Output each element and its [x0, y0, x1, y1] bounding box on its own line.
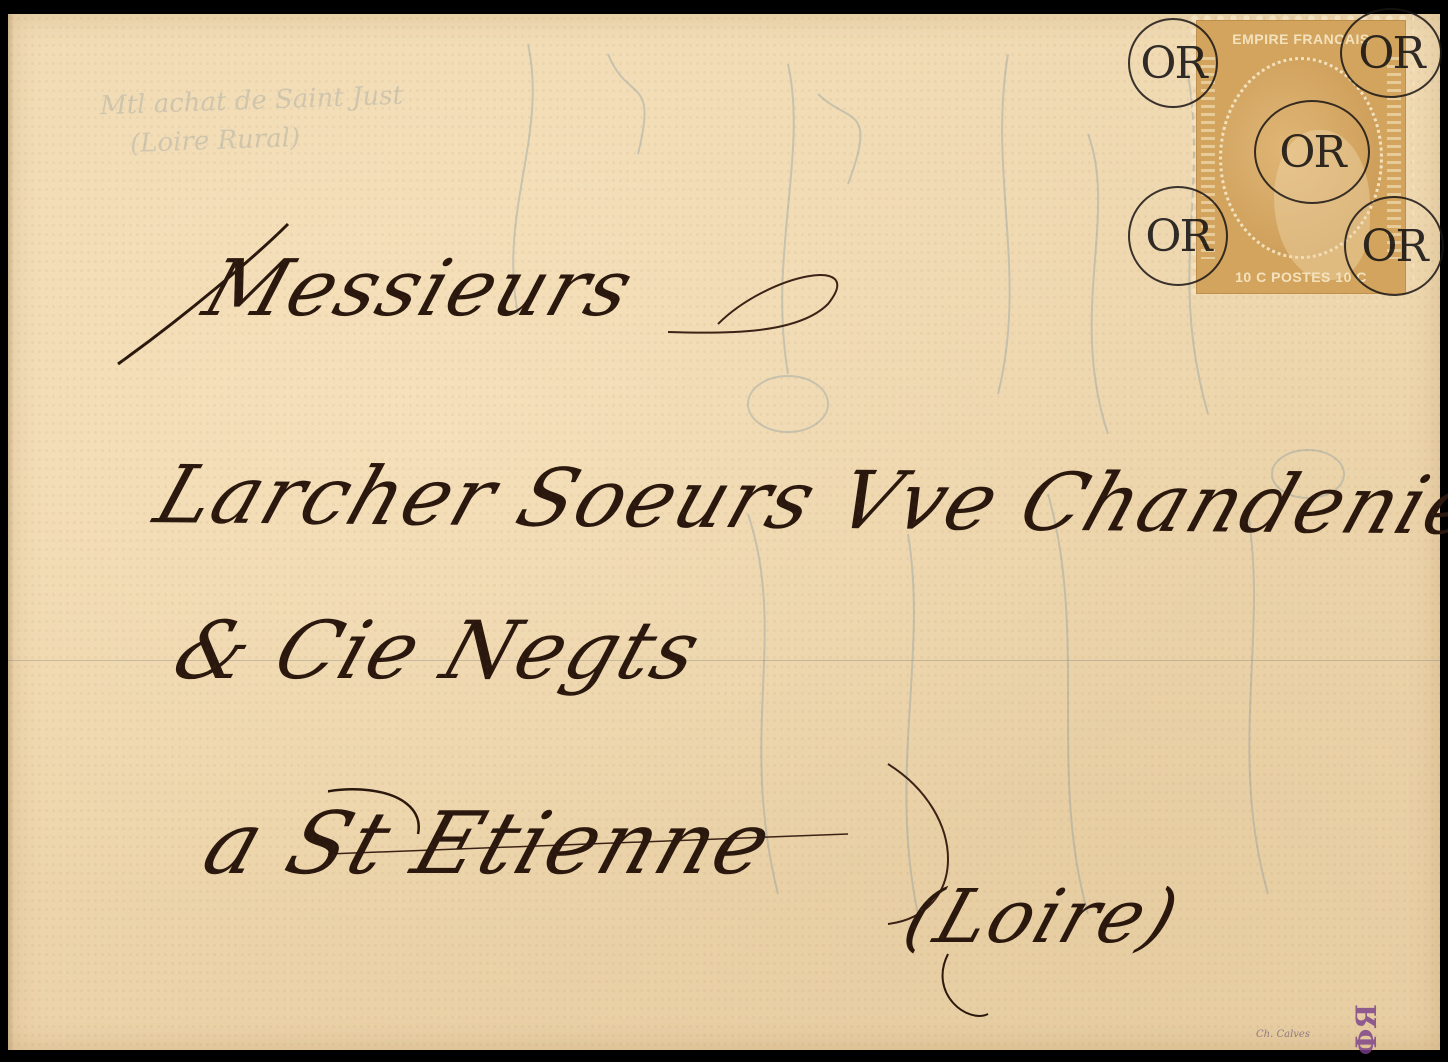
- or-cancel-mark: OR: [1254, 100, 1370, 204]
- or-cancel-mark: OR: [1128, 18, 1218, 108]
- address-line-messieurs: Messieurs: [193, 244, 645, 334]
- address-line-company: & Cie Negts: [163, 604, 713, 697]
- or-cancel-mark: OR: [1344, 196, 1444, 296]
- expert-initials-mark: ФЯ: [1350, 1004, 1383, 1055]
- or-cancel-mark: OR: [1128, 186, 1228, 286]
- address-line-department: (Loire): [894, 874, 1190, 960]
- address-line-recipient: Larcher Soeurs Vve Chandenier: [144, 448, 1448, 553]
- or-cancel-mark: OR: [1340, 8, 1442, 98]
- showthrough-text-2: (Loire Rural): [130, 123, 301, 159]
- showthrough-text-1: Mtl achat de Saint Just: [100, 81, 404, 122]
- paper-edge-shadow: [8, 14, 14, 1050]
- address-line-city: a St Etienne: [192, 794, 785, 894]
- expert-signature: Ch. Calves: [1256, 1029, 1310, 1040]
